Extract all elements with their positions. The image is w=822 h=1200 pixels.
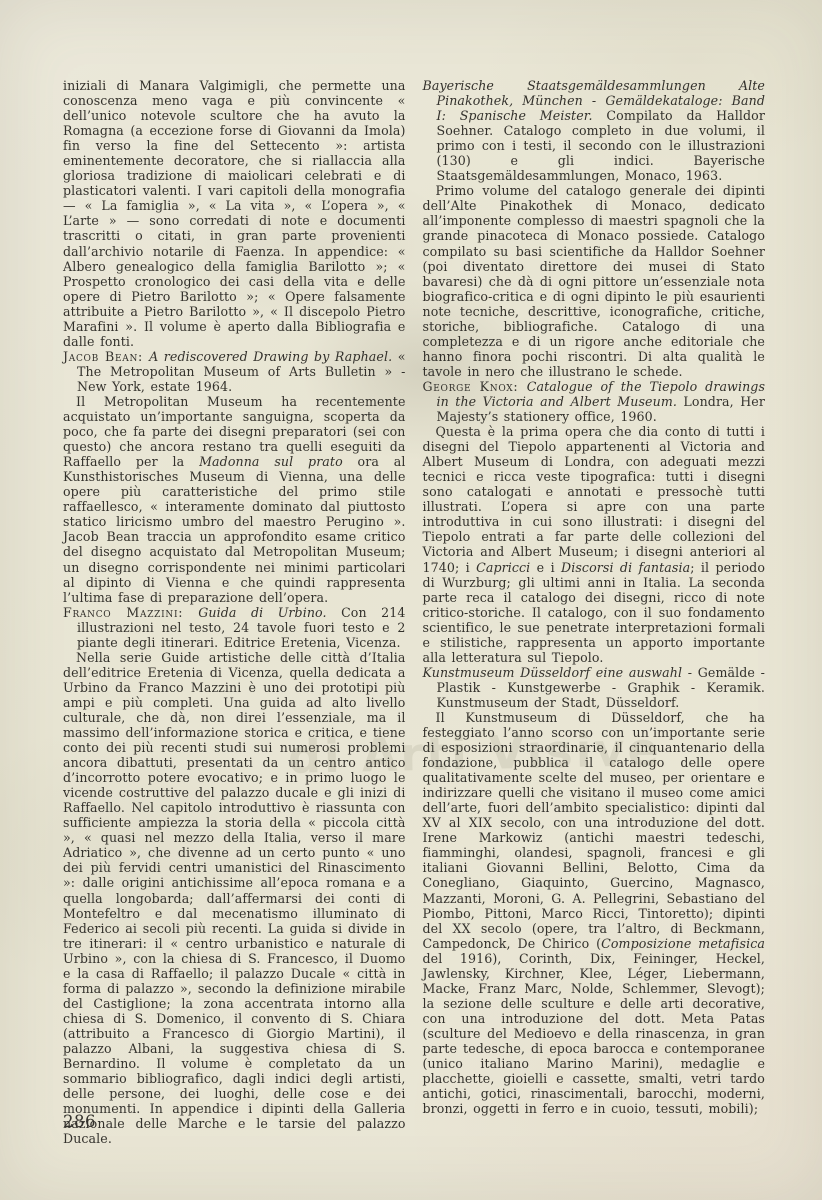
text-run: iniziali di Manara Valgimigli, che perme…	[63, 78, 406, 349]
text-run: Guida di Urbino.	[198, 605, 326, 620]
text-run: ; il periodo di Wurzburg; gli ultimi ann…	[423, 560, 766, 665]
text-run: Franco Mazzini:	[63, 605, 198, 620]
scanned-book-page: { "page": { "number": "286", "watermark"…	[0, 0, 822, 1200]
text-run: Discorsi di fantasia	[561, 560, 690, 575]
text-run: Nella serie Guide artistiche delle città…	[63, 650, 406, 1147]
text-run: Madonna sul prato	[199, 454, 343, 469]
paragraph-metropolitan-sanguigna: Il Metropolitan Museum ha recentemente a…	[63, 394, 406, 605]
text-run: del 1916), Corinth, Dix, Feininger, Heck…	[423, 951, 766, 1116]
paragraph-alte-pinakothek: Primo volume del catalogo generale dei d…	[423, 183, 766, 379]
entry-heading-franco-mazzini: Franco Mazzini: Guida di Urbino. Con 214…	[63, 605, 406, 650]
text-run: Kunstmuseum Düsseldorf eine auswahl	[423, 665, 683, 680]
entry-heading-bayerische: Bayerische Staatsgemäldesammlungen Alte …	[423, 78, 766, 183]
right-column: Bayerische Staatsgemäldesammlungen Alte …	[423, 78, 766, 1146]
continuation-paragraph-barilotto: iniziali di Manara Valgimigli, che perme…	[63, 78, 406, 349]
paragraph-guida-urbino: Nella serie Guide artistiche delle città…	[63, 650, 406, 1147]
paragraph-tiepolo-drawings: Questa è la prima opera che dia conto di…	[423, 424, 766, 665]
entry-heading-jacob-bean: Jacob Bean: A rediscovered Drawing by Ra…	[63, 349, 406, 394]
text-run: ora al Kunsthistorisches Museum di Vienn…	[63, 454, 406, 604]
two-column-text-area: iniziali di Manara Valgimigli, che perme…	[0, 0, 822, 1146]
text-run: George Knox:	[423, 379, 527, 394]
text-run: Questa è la prima opera che dia conto di…	[423, 424, 766, 574]
text-run: e i	[530, 560, 561, 575]
text-run: Composizione metafisica	[601, 936, 765, 951]
left-column: iniziali di Manara Valgimigli, che perme…	[63, 78, 406, 1146]
entry-heading-george-knox: George Knox: Catalogue of the Tiepolo dr…	[423, 379, 766, 424]
page-number: 286	[63, 1112, 96, 1131]
text-run: Il Kunstmuseum di Düsseldorf, che ha fes…	[423, 710, 766, 951]
text-run: Capricci	[476, 560, 530, 575]
entry-heading-kunstmuseum-duesseldorf: Kunstmuseum Düsseldorf eine auswahl - Ge…	[423, 665, 766, 710]
text-run: Primo volume del catalogo generale dei d…	[423, 183, 766, 379]
paragraph-kunstmuseum-catalogo: Il Kunstmuseum di Düsseldorf, che ha fes…	[423, 710, 766, 1116]
text-run: Jacob Bean:	[63, 349, 149, 364]
text-run: A rediscovered Drawing by Raphael.	[149, 349, 392, 364]
